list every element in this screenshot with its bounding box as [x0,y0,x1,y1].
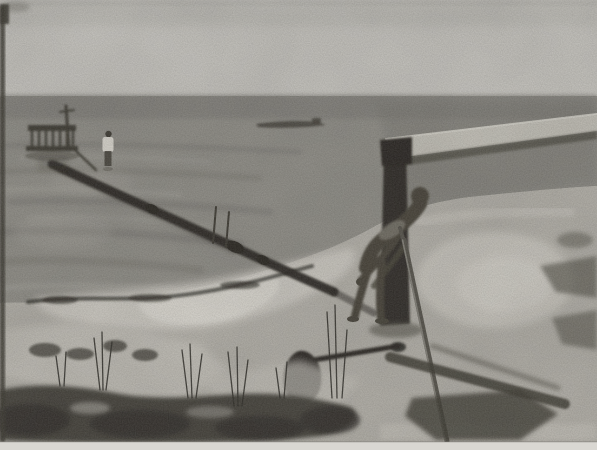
gantry-post-shadow [369,322,423,338]
photo-bottom-edge [0,441,597,443]
worker-foot [347,316,359,322]
tide-pool-highlight [457,257,553,313]
wader-reflection [103,167,113,171]
page-margin [0,442,597,450]
wader-head [105,131,111,137]
worker-hands [356,278,366,286]
gantry-corner-joint [380,137,412,166]
worker-foot [375,318,389,324]
worker-leg [380,262,382,318]
wader-shirt [103,137,114,152]
wader-legs [105,151,112,166]
left-edge-strip [0,6,5,442]
halftone-photo [0,0,597,450]
